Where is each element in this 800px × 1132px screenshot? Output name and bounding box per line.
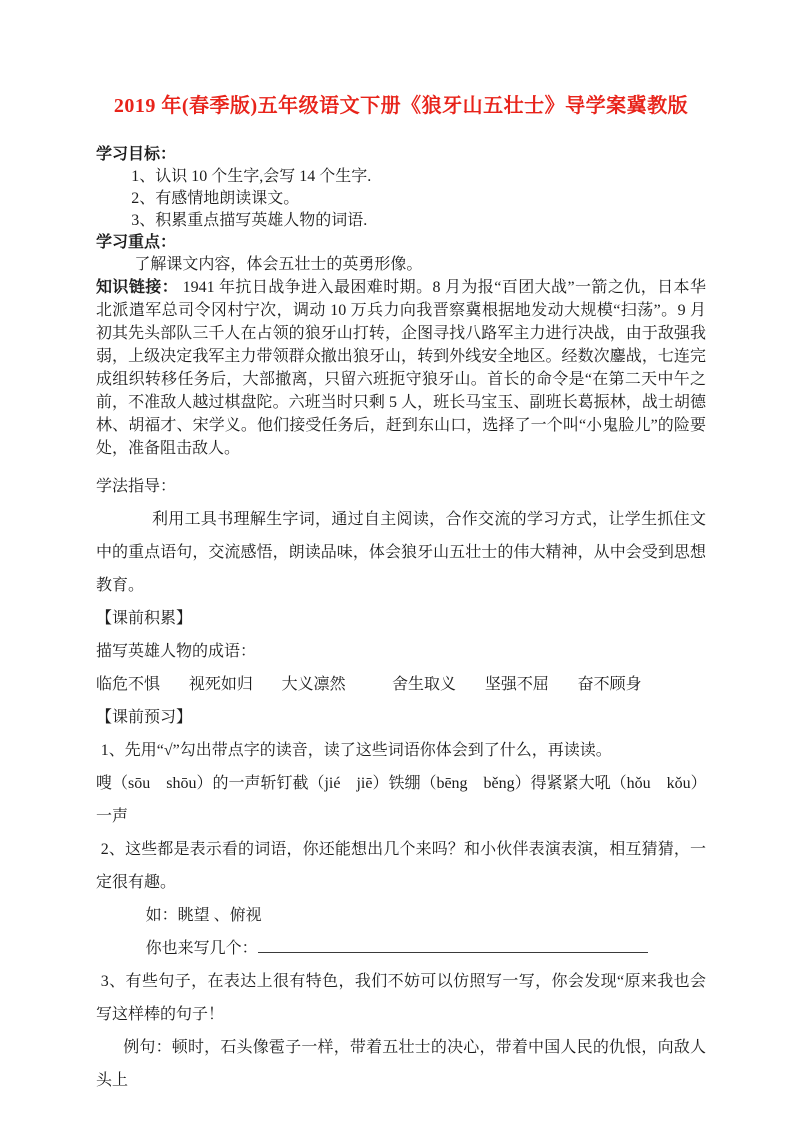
idiom: 临危不惧	[96, 676, 160, 693]
preview-question-2-example: 如：眺望 、俯视	[96, 899, 706, 932]
idioms-line: 临危不惧视死如归大义凛然舍生取义坚强不屈奋不顾身	[96, 668, 706, 701]
idiom: 奋不顾身	[578, 676, 642, 693]
preview-question-3-example: 例句：顿时，石头像雹子一样，带着五壮士的决心，带着中国人民的仇恨，向敌人头上	[96, 1031, 706, 1097]
lower-section: 学法指导： 利用工具书理解生字词，通过自主阅读，合作交流的学习方式，让学生抓住文…	[96, 470, 706, 1097]
idiom: 大义凛然	[282, 676, 346, 693]
idiom: 坚强不屈	[485, 676, 549, 693]
pre-accumulation-lead: 描写英雄人物的成语：	[96, 635, 706, 668]
study-guide-body: 利用工具书理解生字词，通过自主阅读，合作交流的学习方式，让学生抓住文中的重点语句…	[96, 503, 706, 602]
goal-item: 3、积累重点描写英雄人物的词语.	[131, 210, 706, 232]
knowledge-link-body: 1941 年抗日战争进入最困难时期。8 月为报“百团大战”一箭之仇，日本华北派遣…	[96, 279, 706, 457]
document-page: 2019 年(春季版)五年级语文下册《狼牙山五壮士》导学案冀教版 学习目标： 1…	[0, 0, 800, 1132]
idiom: 视死如归	[189, 676, 253, 693]
pre-preview-header: 【课前预习】	[96, 701, 706, 734]
idiom: 舍生取义	[392, 676, 456, 693]
preview-question-1: 1、先用“√”勾出带点字的读音，读了这些词语你体会到了什么，再读读。	[96, 734, 706, 767]
keypoint-body: 了解课文内容，体会五壮士的英勇形像。	[96, 254, 706, 276]
preview-question-1-words: 嗖（sōu shōu）的一声斩钉截（jié jiē）铁绷（bēng běng）得…	[96, 767, 706, 833]
knowledge-link-paragraph: 知识链接： 1941 年抗日战争进入最困难时期。8 月为报“百团大战”一箭之仇，…	[96, 276, 706, 460]
knowledge-link-label: 知识链接：	[96, 279, 178, 296]
study-guide-header: 学法指导：	[96, 470, 706, 503]
page-title: 2019 年(春季版)五年级语文下册《狼牙山五壮士》导学案冀教版	[96, 92, 706, 120]
preview-question-2-prompt-line: 你也来写几个：	[96, 932, 706, 965]
answer-blank	[258, 938, 648, 953]
write-prompt: 你也来写几个：	[146, 940, 258, 957]
preview-question-2: 2、这些都是表示看的词语，你还能想出几个来吗？和小伙伴表演表演，相互猜猜，一定很…	[96, 833, 706, 899]
goal-item: 2、有感情地朗读课文。	[131, 188, 706, 210]
upper-section: 学习目标： 1、认识 10 个生字,会写 14 个生字. 2、有感情地朗读课文。…	[96, 144, 706, 460]
goals-header: 学习目标：	[96, 144, 706, 166]
pre-accumulation-header: 【课前积累】	[96, 602, 706, 635]
goal-item: 1、认识 10 个生字,会写 14 个生字.	[131, 166, 706, 188]
goals-list: 1、认识 10 个生字,会写 14 个生字. 2、有感情地朗读课文。 3、积累重…	[96, 166, 706, 232]
preview-question-3: 3、有些句子，在表达上很有特色，我们不妨可以仿照写一写，你会发现“原来我也会写这…	[96, 965, 706, 1031]
keypoint-header: 学习重点：	[96, 232, 706, 254]
